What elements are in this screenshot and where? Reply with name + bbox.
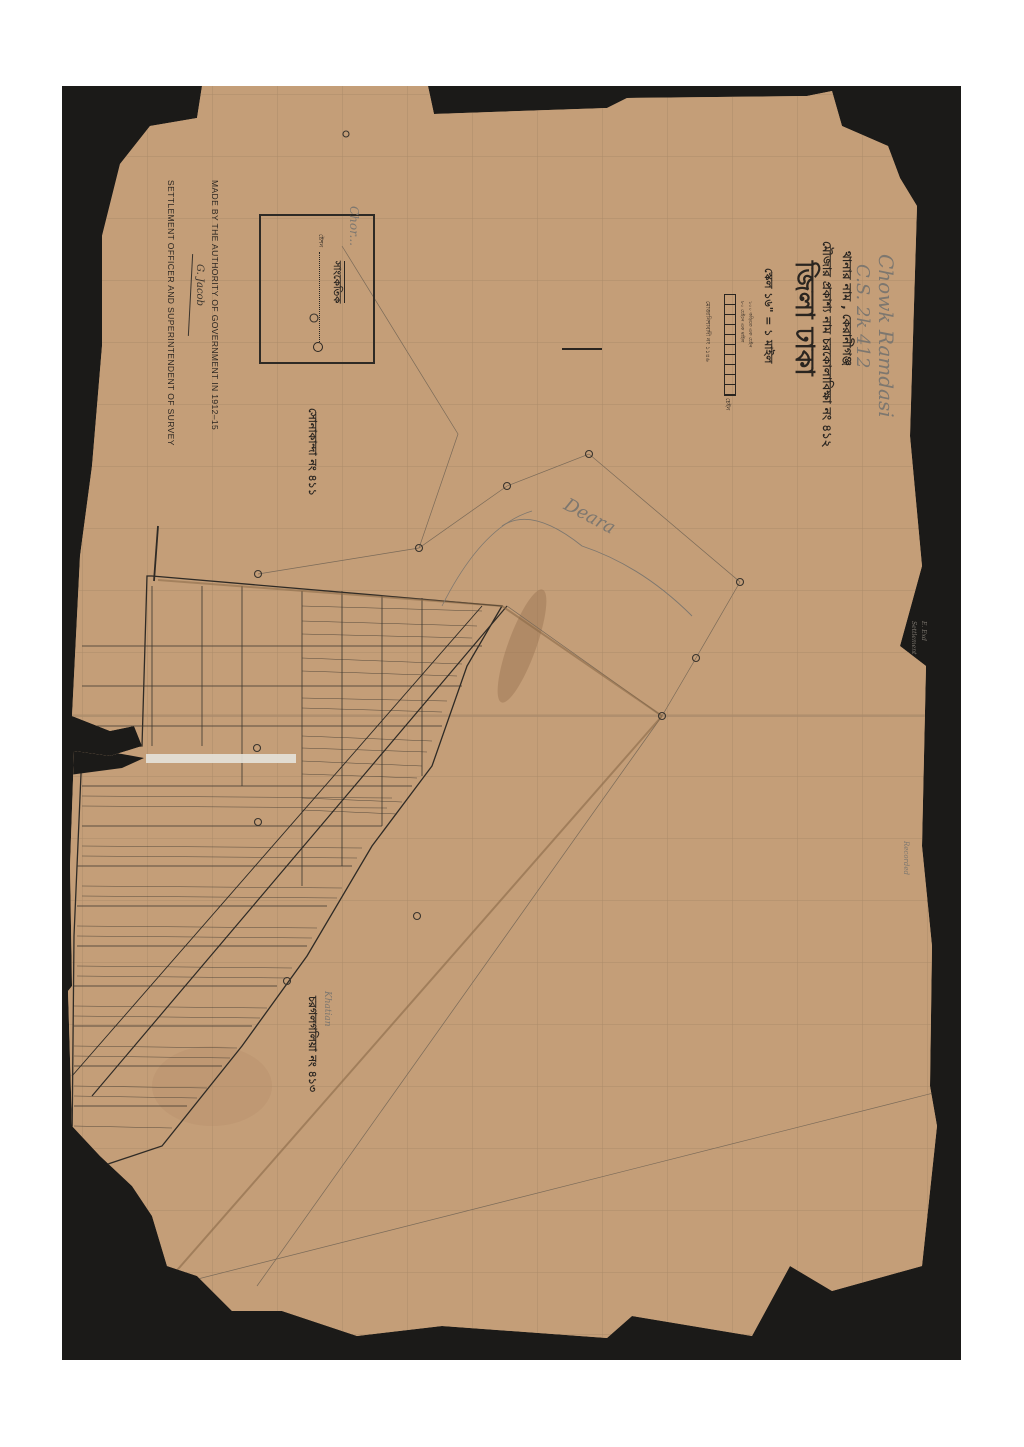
scale-bar-note-2: ৮০ চেইনে এক মাইল xyxy=(738,301,746,342)
legend-station-dots xyxy=(319,252,320,342)
legend-title: সাংকেতিক xyxy=(327,261,345,303)
scale-bar-note-1: ১০০ কড়িতে এক চেইন xyxy=(746,301,754,347)
signature: G. Jacob xyxy=(194,264,205,306)
scan-frame: থানার নাম , কেরানীগঞ্জ মৌজার প্রকাশ্য না… xyxy=(62,86,961,1360)
boundary-label-north: সোনাকান্দা নং ৪১১ xyxy=(302,408,321,496)
map-main-title: জিলা ঢাকা xyxy=(782,261,826,376)
pencil-note-small-lower: Khatian xyxy=(322,991,332,1027)
scale-bar xyxy=(724,294,736,396)
north-arrow-bar xyxy=(562,348,602,350)
sheet-number: মোজানিশাবাদী নং ১১৪৬ xyxy=(702,301,713,362)
settlement-officer-line: SETTLEMENT OFFICER AND SUPERINTENDENT OF… xyxy=(166,180,176,446)
scale-bar-label: চেইন xyxy=(722,398,733,410)
station-circle-icon xyxy=(313,342,323,352)
scale-text: স্কেল ১৬" = ১ মাইল xyxy=(758,268,777,364)
pencil-note-cs: C.S. 2k 412 xyxy=(852,264,873,368)
pencil-margin-note-2: Settlement xyxy=(910,621,917,654)
pencil-margin-note-1: E. Exd xyxy=(920,621,927,641)
pencil-note-small-upper: Chor... xyxy=(347,206,361,246)
pencil-margin-note-3: Recorded xyxy=(902,841,910,875)
boundary-label-south: চরগলগলিয়া নং ৪১৩ xyxy=(302,996,321,1092)
pencil-note-chowk: Chowk Ramdasi xyxy=(874,254,898,418)
legend-station-label: ষ্টেশন xyxy=(315,234,326,247)
authority-line: MADE BY THE AUTHORITY OF GOVERNMENT IN 1… xyxy=(210,180,220,430)
